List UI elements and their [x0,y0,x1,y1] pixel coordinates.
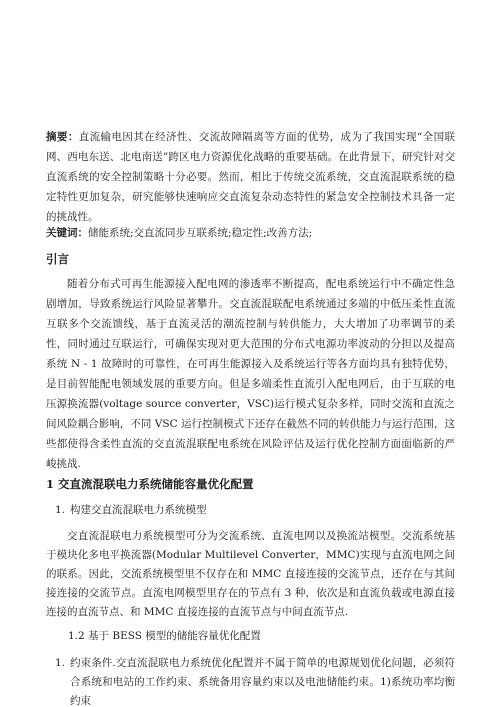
abstract-paragraph: 摘要：直流输电因其在经济性、交流故障隔离等方面的优势，成为了我国实现“全国联网、… [46,127,455,227]
section1-heading: 1 交直流混联电力系统储能容量优化配置 [46,474,455,494]
introduction-paragraph: 随着分布式可再生能源接入配电网的渗透率不断提高，配电系统运行中不确定性急剧增加，… [46,274,455,474]
constraint-list-item: 1. 约束条件.交直流混联电力系统优化配置并不属于简单的电源规划优化问题，必须符… [46,654,455,707]
subsection-heading: 1.2 基于 BESS 模型的储能容量优化配置 [46,627,455,646]
abstract-label: 摘要： [46,131,79,143]
keywords-label: 关键词： [46,227,88,239]
document-page: 摘要：直流输电因其在经济性、交流故障隔离等方面的优势，成为了我国实现“全国联网、… [0,0,500,707]
model-list-item: 1. 构建交直流混联电力系统模型 [46,500,455,520]
model-list-item-marker: 1. [55,500,65,520]
abstract-text: 直流输电因其在经济性、交流故障隔离等方面的优势，成为了我国实现“全国联网、西电东… [46,131,455,223]
model-list-item-text: 构建交直流混联电力系统模型 [70,504,207,516]
introduction-heading: 引言 [46,249,455,269]
constraint-list-item-marker: 1. [55,654,65,673]
model-paragraph: 交直流混联电力系统模型可分为交流系统、直流电网以及换流站模型。交流系统基于模块化… [46,527,455,622]
keywords-text: 储能系统;交直流同步互联系统;稳定性;改善方法; [88,227,312,239]
constraint-list-item-text: 约束条件.交直流混联电力系统优化配置并不属于简单的电源规划优化问题，必须符合系统… [70,657,455,707]
keywords-line: 关键词：储能系统;交直流同步互联系统;稳定性;改善方法; [46,223,455,243]
